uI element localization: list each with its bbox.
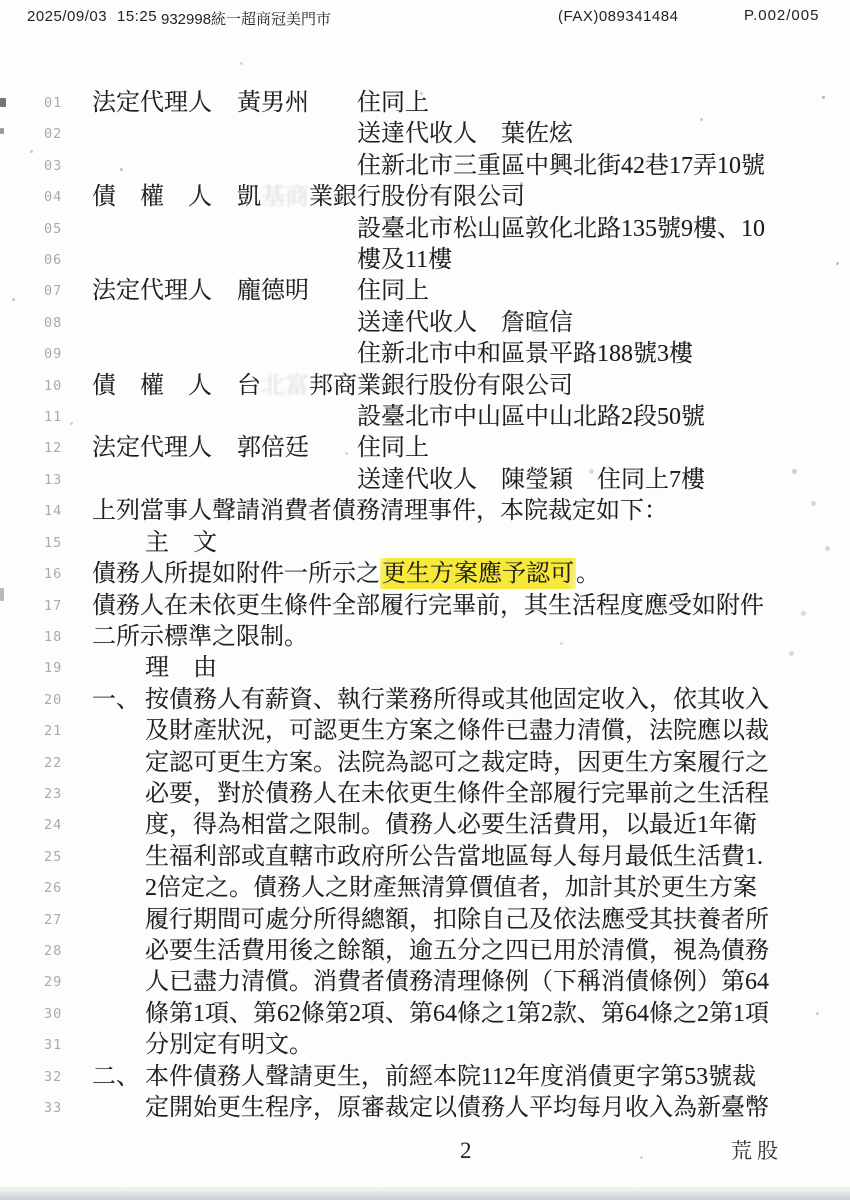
- party-label: 法定代理人: [92, 88, 212, 119]
- document-line: 17債務人在未依更生條件全部履行完畢前，其生活程度應受如附件: [0, 591, 850, 622]
- party-name-part: 業銀行股份有限公司: [309, 184, 525, 210]
- line-number: 13: [44, 465, 68, 496]
- party-label: 債 權 人: [92, 371, 212, 402]
- line-number: 14: [44, 496, 68, 527]
- document-line: 11設臺北市中山區中山北路2段50號: [0, 402, 850, 433]
- line-number: 28: [44, 936, 68, 967]
- party-name-part: 邦商業銀行股份有限公司: [309, 373, 573, 399]
- line-number: 23: [44, 779, 68, 810]
- party-name: 郭倍廷: [237, 433, 309, 464]
- line-number: 02: [44, 119, 68, 150]
- document-line: 30條第1項、第62條第2項、第64條之1第2款、第64條之2第1項: [0, 999, 850, 1030]
- line-number: 19: [44, 653, 68, 684]
- line-number: 15: [44, 528, 68, 559]
- line-text: 必要，對於債務人在未依更生條件全部履行完畢前之生活程: [145, 779, 769, 810]
- line-text: 定認可更生方案。法院為認可之裁定時，因更生方案履行之: [145, 748, 769, 779]
- line-number: 12: [44, 433, 68, 464]
- line-number: 05: [44, 214, 68, 245]
- document-line: 262倍定之。債務人之財產無清算價值者，加計其於更生方案: [0, 873, 850, 904]
- line-text: 分別定有明文。: [145, 1030, 313, 1061]
- fax-header: 2025/09/03 15:25 932998統一超商冠美門市 (FAX)089…: [0, 6, 850, 28]
- line-text: 及財產狀況，可認更生方案之條件已盡力清償，法院應以裁: [145, 716, 769, 747]
- document-line: 32二、本件債務人聲請更生，前經本院112年度消債更字第53號裁: [0, 1062, 850, 1093]
- document-line: 24度，得為相當之限制。債務人必要生活費用，以最近1年衛: [0, 810, 850, 841]
- scan-bottom-edge: [0, 1191, 850, 1200]
- line-number: 27: [44, 905, 68, 936]
- line-text: 定開始更生程序，原審裁定以債務人平均每月收入為新臺幣: [145, 1093, 769, 1124]
- fax-sender: 932998統一超商冠美門市: [161, 8, 331, 29]
- line-number: 10: [44, 371, 68, 402]
- line-number: 01: [44, 88, 68, 119]
- scan-artifact: [0, 588, 4, 601]
- document-line: 16債務人所提如附件一所示之更生方案應予認可。: [0, 559, 850, 590]
- line-number: 07: [44, 276, 68, 307]
- line-number: 31: [44, 1030, 68, 1061]
- document-line: 13送達代收人 陳瑩穎 住同上7樓: [0, 465, 850, 496]
- party-name: 凱基商業銀行股份有限公司: [237, 182, 525, 213]
- document-line: 14上列當事人聲請消費者債務清理事件，本院裁定如下：: [0, 496, 850, 527]
- document-line: 09住新北市中和區景平路188號3樓: [0, 339, 850, 370]
- document-line: 01法定代理人黃男州住同上: [0, 88, 850, 119]
- document-line: 15主 文: [0, 528, 850, 559]
- fax-document-page: 2025/09/03 15:25 932998統一超商冠美門市 (FAX)089…: [0, 0, 850, 1200]
- line-number: 03: [44, 151, 68, 182]
- residence-note: 住同上: [357, 433, 429, 464]
- party-name: 黃男州: [237, 88, 309, 119]
- document-line: 18二所示標準之限制。: [0, 622, 850, 653]
- line-number: 29: [44, 967, 68, 998]
- line-number: 32: [44, 1062, 68, 1093]
- party-name-part: 台: [237, 373, 261, 399]
- line-text: 必要生活費用後之餘額，逾五分之四已用於清償，視為債務: [145, 936, 769, 967]
- document-line: 03住新北市三重區中興北街42巷17弄10號: [0, 151, 850, 182]
- party-name-faded-part: 基商: [261, 184, 309, 210]
- line-number: 04: [44, 182, 68, 213]
- fax-page-counter: P.002/005: [744, 7, 819, 24]
- line-text: 上列當事人聲請消費者債務清理事件，本院裁定如下：: [92, 496, 668, 527]
- line-text: 2倍定之。債務人之財產無清算價值者，加計其於更生方案: [145, 873, 757, 904]
- document-line: 06樓及11樓: [0, 245, 850, 276]
- line-number: 25: [44, 842, 68, 873]
- document-line: 22定認可更生方案。法院為認可之裁定時，因更生方案履行之: [0, 748, 850, 779]
- line-text-part: 按債務人有薪資、執行業務所得或其他固定收入，依其收入: [145, 687, 769, 713]
- fax-date: 2025/09/03: [27, 8, 107, 25]
- item-marker: 一、: [92, 687, 140, 713]
- document-line: 28必要生活費用後之餘額，逾五分之四已用於清償，視為債務: [0, 936, 850, 967]
- line-number: 20: [44, 685, 68, 716]
- document-line: 31分別定有明文。: [0, 1030, 850, 1061]
- document-line: 23必要，對於債務人在未依更生條件全部履行完畢前之生活程: [0, 779, 850, 810]
- document-line: 25生福利部或直轄市政府所公告當地區每人每月最低生活費1.: [0, 842, 850, 873]
- item-marker: 二、: [92, 1064, 140, 1090]
- line-number: 18: [44, 622, 68, 653]
- line-text: 二所示標準之限制。: [92, 622, 308, 653]
- line-text: 一、按債務人有薪資、執行業務所得或其他固定收入，依其收入: [92, 685, 769, 716]
- line-number: 24: [44, 810, 68, 841]
- party-name: 台北富邦商業銀行股份有限公司: [237, 371, 573, 402]
- page-number: 2: [460, 1138, 472, 1164]
- document-line: 02送達代收人 葉佐炫: [0, 119, 850, 150]
- line-number: 16: [44, 559, 68, 590]
- document-line: 19理 由: [0, 653, 850, 684]
- party-name-faded-part: 北富: [261, 373, 309, 399]
- highlighted-text: 更生方案應予認可: [380, 558, 576, 589]
- line-text: 設臺北市中山區中山北路2段50號: [357, 402, 705, 433]
- line-number: 09: [44, 339, 68, 370]
- line-text-part: 債務人所提如附件一所示之: [92, 561, 380, 587]
- document-line: 21及財產狀況，可認更生方案之條件已盡力清償，法院應以裁: [0, 716, 850, 747]
- line-number: 22: [44, 748, 68, 779]
- line-text: 二、本件債務人聲請更生，前經本院112年度消債更字第53號裁: [92, 1062, 756, 1093]
- line-text: 條第1項、第62條第2項、第64條之1第2款、第64條之2第1項: [145, 999, 769, 1030]
- line-text: 人已盡力清償。消費者債務清理條例（下稱消債條例）第64: [145, 967, 769, 998]
- line-text: 送達代收人 詹暄信: [357, 308, 573, 339]
- document-line: 12法定代理人郭倍廷住同上: [0, 433, 850, 464]
- line-text: 債務人所提如附件一所示之更生方案應予認可。: [92, 559, 600, 590]
- scan-artifact: [0, 128, 4, 134]
- section-heading: 主 文: [145, 528, 217, 559]
- line-number: 08: [44, 308, 68, 339]
- line-text: 送達代收人 陳瑩穎 住同上7樓: [357, 465, 705, 496]
- line-number: 17: [44, 591, 68, 622]
- fax-time: 15:25: [117, 8, 157, 25]
- line-text: 債務人在未依更生條件全部履行完畢前，其生活程度應受如附件: [92, 591, 764, 622]
- line-text: 住新北市三重區中興北街42巷17弄10號: [357, 151, 765, 182]
- party-label: 債 權 人: [92, 182, 212, 213]
- document-line: 08送達代收人 詹暄信: [0, 308, 850, 339]
- document-line: 29人已盡力清償。消費者債務清理條例（下稱消債條例）第64: [0, 967, 850, 998]
- document-line: 05設臺北市松山區敦化北路135號9樓、10: [0, 214, 850, 245]
- party-label: 法定代理人: [92, 433, 212, 464]
- line-text: 樓及11樓: [357, 245, 452, 276]
- line-text: 度，得為相當之限制。債務人必要生活費用，以最近1年衛: [145, 810, 757, 841]
- line-number: 06: [44, 245, 68, 276]
- line-text: 設臺北市松山區敦化北路135號9樓、10: [357, 214, 765, 245]
- document-line: 04債 權 人凱基商業銀行股份有限公司: [0, 182, 850, 213]
- party-name: 龐德明: [237, 276, 309, 307]
- line-number: 33: [44, 1093, 68, 1124]
- section-heading: 理 由: [145, 653, 217, 684]
- scan-noise: [0, 0, 3, 3]
- document-line: 07法定代理人龐德明住同上: [0, 276, 850, 307]
- document-body: 01法定代理人黃男州住同上02送達代收人 葉佐炫03住新北市三重區中興北街42巷…: [0, 88, 850, 1124]
- line-number: 30: [44, 999, 68, 1030]
- residence-note: 住同上: [357, 276, 429, 307]
- party-label: 法定代理人: [92, 276, 212, 307]
- residence-note: 住同上: [357, 88, 429, 119]
- line-number: 21: [44, 716, 68, 747]
- line-number: 11: [44, 402, 68, 433]
- clerk-stamp: 荒股: [731, 1135, 783, 1165]
- line-number: 26: [44, 873, 68, 904]
- line-text: 生福利部或直轄市政府所公告當地區每人每月最低生活費1.: [145, 842, 763, 873]
- line-text: 履行期間可處分所得總額，扣除自己及依法應受其扶養者所: [145, 905, 769, 936]
- document-line: 10債 權 人台北富邦商業銀行股份有限公司: [0, 371, 850, 402]
- line-text-part: 本件債務人聲請更生，前經本院112年度消債更字第53號裁: [145, 1064, 756, 1090]
- fax-number: (FAX)089341484: [558, 8, 678, 25]
- document-line: 33定開始更生程序，原審裁定以債務人平均每月收入為新臺幣: [0, 1093, 850, 1124]
- line-text: 住新北市中和區景平路188號3樓: [357, 339, 693, 370]
- scan-artifact: [0, 98, 6, 107]
- line-text-part: 。: [576, 561, 600, 587]
- line-text: 送達代收人 葉佐炫: [357, 119, 573, 150]
- party-name-part: 凱: [237, 184, 261, 210]
- document-line: 27履行期間可處分所得總額，扣除自己及依法應受其扶養者所: [0, 905, 850, 936]
- document-line: 20一、按債務人有薪資、執行業務所得或其他固定收入，依其收入: [0, 685, 850, 716]
